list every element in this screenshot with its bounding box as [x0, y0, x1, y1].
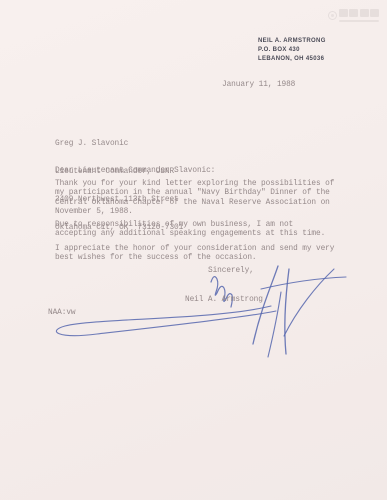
- typed-signature-name: Neil A. Armstrong: [185, 296, 263, 305]
- salutation: Dear Lieutenant Commander Slavonic:: [55, 167, 215, 176]
- watermark-text-blocks: [339, 9, 380, 22]
- body-paragraph-2: Due to responsibilities of my own busine…: [55, 221, 355, 240]
- letterhead-po-box: P.O. BOX 430: [258, 46, 326, 55]
- handwritten-signature: [35, 260, 355, 365]
- typist-initials: NAA:vw: [48, 309, 75, 318]
- closing-sincerely: Sincerely,: [208, 267, 254, 276]
- letter-date: January 11, 1988: [222, 81, 295, 90]
- auction-watermark-icon: [328, 9, 380, 22]
- body-paragraph-3: I appreciate the honor of your considera…: [55, 245, 355, 264]
- letter-paper: NEIL A. ARMSTRONG P.O. BOX 430 LEBANON, …: [0, 0, 387, 500]
- body-paragraph-1: Thank you for your kind letter exploring…: [55, 180, 355, 218]
- recipient-name: Greg J. Slavonic: [55, 140, 183, 149]
- letterhead: NEIL A. ARMSTRONG P.O. BOX 430 LEBANON, …: [258, 37, 326, 65]
- watermark-logo-icon: [328, 11, 337, 20]
- letterhead-name: NEIL A. ARMSTRONG: [258, 37, 326, 46]
- letterhead-city: LEBANON, OH 45036: [258, 55, 326, 64]
